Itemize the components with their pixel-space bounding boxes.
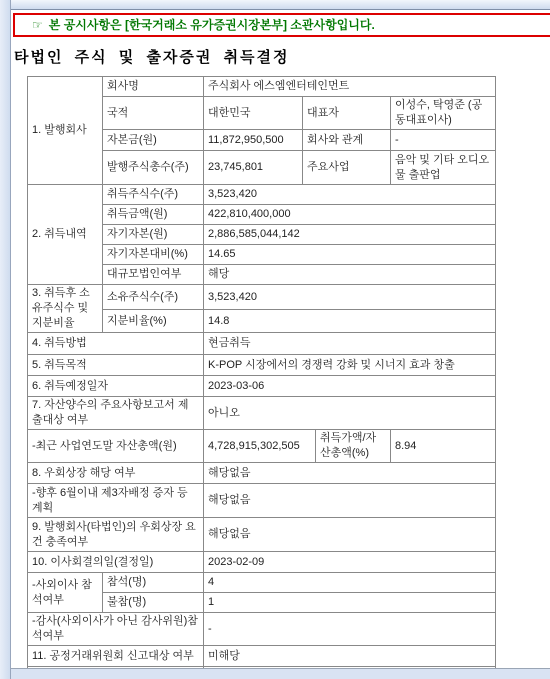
ceo-label: 대표자 (303, 97, 391, 130)
ceo-value: 이성수, 탁영준 (공동대표이사) (391, 97, 496, 130)
issuer-section-label: 1. 발행회사 (28, 77, 103, 185)
report-subject-label: 7. 자산양수의 주요사항보고서 제출대상 여부 (28, 397, 204, 430)
outside-directors-label: -사외이사 참석여부 (28, 573, 103, 613)
equity-ratio-value: 14.65 (204, 245, 496, 265)
expected-date-value: 2023-03-06 (204, 376, 496, 397)
put-option-value: 예 (204, 667, 496, 670)
absent-label: 불참(명) (103, 593, 204, 613)
acq-amount-value: 422,810,400,000 (204, 205, 496, 225)
table-row: -사외이사 참석여부 참석(명) 4 (28, 573, 496, 593)
table-row: 6. 취득예정일자 2023-03-06 (28, 376, 496, 397)
total-shares-label: 발행주식총수(주) (103, 151, 204, 185)
attend-label: 참석(명) (103, 573, 204, 593)
equity-ratio-label: 자기자본대비(%) (103, 245, 204, 265)
ftc-report-label: 11. 공정거래위원회 신고대상 여부 (28, 646, 204, 667)
nationality-label: 국적 (103, 97, 204, 130)
absent-value: 1 (204, 593, 496, 613)
acq-shares-label: 취득주식수(주) (103, 185, 204, 205)
nationality-value: 대한민국 (204, 97, 303, 130)
issuer-backdoor-value: 해당없음 (204, 518, 496, 552)
attend-value: 4 (204, 573, 496, 593)
owned-shares-label: 소유주식수(주) (103, 285, 204, 310)
pointing-hand-icon: ☞ (32, 18, 43, 32)
table-row: 5. 취득목적 K-POP 시장에서의 경쟁력 강화 및 시너지 효과 창출 (28, 355, 496, 376)
table-row: 9. 발행회사(타법인)의 우회상장 요건 충족여부 해당없음 (28, 518, 496, 552)
assets-ratio-value: 8.94 (391, 430, 496, 463)
method-value: 현금취득 (204, 333, 496, 355)
backdoor-listing-label: 8. 우회상장 해당 여부 (28, 463, 204, 484)
equity-value: 2,886,585,044,142 (204, 225, 496, 245)
table-row: 2. 취득내역 취득주식수(주) 3,523,420 (28, 185, 496, 205)
report-subject-value: 아니오 (204, 397, 496, 430)
issuer-backdoor-label: 9. 발행회사(타법인)의 우회상장 요건 충족여부 (28, 518, 204, 552)
third-party-plan-label: -향후 6월이내 제3자배정 증자 등 계획 (28, 484, 204, 518)
table-row: 11. 공정거래위원회 신고대상 여부 미해당 (28, 646, 496, 667)
company-name-label: 회사명 (103, 77, 204, 97)
business-value: 음악 및 기타 오디오물 출판업 (391, 151, 496, 185)
table-row: 12. 풋옵션 등 계약 체결여부 예 (28, 667, 496, 670)
table-row: 3. 취득후 소유주식수 및 지분비율 소유주식수(주) 3,523,420 (28, 285, 496, 310)
acq-shares-value: 3,523,420 (204, 185, 496, 205)
total-shares-value: 23,745,801 (204, 151, 303, 185)
table-row: 4. 취득방법 현금취득 (28, 333, 496, 355)
document-content-area: ☞본 공시사항은 [한국거래소 유가증권시장본부] 소관사항입니다. 타법인 주… (11, 10, 550, 669)
table-row: 8. 우회상장 해당 여부 해당없음 (28, 463, 496, 484)
notice-banner: ☞본 공시사항은 [한국거래소 유가증권시장본부] 소관사항입니다. (13, 13, 550, 37)
backdoor-listing-value: 해당없음 (204, 463, 496, 484)
capital-label: 자본금(원) (103, 130, 204, 151)
third-party-plan-value: 해당없음 (204, 484, 496, 518)
table-row: -최근 사업연도말 자산총액(원) 4,728,915,302,505 취득가액… (28, 430, 496, 463)
notice-banner-text: 본 공시사항은 [한국거래소 유가증권시장본부] 소관사항입니다. (49, 18, 375, 32)
large-corp-value: 해당 (204, 265, 496, 285)
ftc-report-value: 미해당 (204, 646, 496, 667)
relation-label: 회사와 관계 (303, 130, 391, 151)
stake-value: 14.8 (204, 310, 496, 333)
window-frame-top (0, 0, 550, 10)
large-corp-label: 대규모법인여부 (103, 265, 204, 285)
put-option-label: 12. 풋옵션 등 계약 체결여부 (28, 667, 204, 670)
purpose-value: K-POP 시장에서의 경쟁력 강화 및 시너지 효과 창출 (204, 355, 496, 376)
acq-amount-label: 취득금액(원) (103, 205, 204, 225)
page-title: 타법인 주식 및 출자증권 취득결정 (14, 46, 550, 67)
expected-date-label: 6. 취득예정일자 (28, 376, 204, 397)
equity-label: 자기자본(원) (103, 225, 204, 245)
business-label: 주요사업 (303, 151, 391, 185)
after-acquisition-section-label: 3. 취득후 소유주식수 및 지분비율 (28, 285, 103, 333)
board-date-label: 10. 이사회결의일(결정일) (28, 552, 204, 573)
table-row: 10. 이사회결의일(결정일) 2023-02-09 (28, 552, 496, 573)
window-frame-left (0, 0, 11, 679)
owned-shares-value: 3,523,420 (204, 285, 496, 310)
assets-ratio-label: 취득가액/자산총액(%) (316, 430, 391, 463)
acquisition-section-label: 2. 취득내역 (28, 185, 103, 285)
auditor-value: - (204, 613, 496, 646)
disclosure-table: 1. 발행회사 회사명 주식회사 에스엠엔터테인먼트 국적 대한민국 대표자 이… (27, 76, 496, 669)
table-row: 7. 자산양수의 주요사항보고서 제출대상 여부 아니오 (28, 397, 496, 430)
auditor-label: -감사(사외이사가 아닌 감사위원)참석여부 (28, 613, 204, 646)
total-assets-label: -최근 사업연도말 자산총액(원) (28, 430, 204, 463)
capital-value: 11,872,950,500 (204, 130, 303, 151)
stake-label: 지분비율(%) (103, 310, 204, 333)
relation-value: - (391, 130, 496, 151)
table-row: -감사(사외이사가 아닌 감사위원)참석여부 - (28, 613, 496, 646)
purpose-label: 5. 취득목적 (28, 355, 204, 376)
method-label: 4. 취득방법 (28, 333, 204, 355)
total-assets-value: 4,728,915,302,505 (204, 430, 316, 463)
company-name-value: 주식회사 에스엠엔터테인먼트 (204, 77, 496, 97)
board-date-value: 2023-02-09 (204, 552, 496, 573)
table-row: -향후 6월이내 제3자배정 증자 등 계획 해당없음 (28, 484, 496, 518)
table-row: 1. 발행회사 회사명 주식회사 에스엠엔터테인먼트 (28, 77, 496, 97)
